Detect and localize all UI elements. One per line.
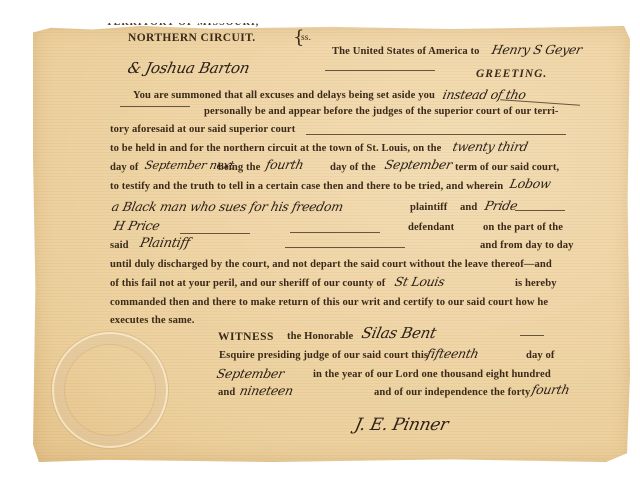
year-label: in the year of our Lord one thousand eig… [313, 369, 551, 380]
esquire-label: Esquire presiding judge of our said cour… [219, 350, 428, 361]
body-line-commanded: commanded then and there to make return … [110, 297, 548, 308]
witness-label: WITNESS [218, 331, 274, 343]
said-label: said [110, 240, 129, 251]
body-line-4: to be held in and for the northern circu… [110, 143, 441, 154]
and-label-2: and [218, 387, 235, 398]
independence-label: and of our independence the forty [374, 387, 530, 398]
independence-year: fourth [530, 382, 571, 397]
blank-line [120, 106, 190, 107]
blank-line [520, 335, 544, 336]
year-words: nineteen [238, 383, 294, 398]
blank-line [290, 232, 380, 233]
ordinal-day: fourth [264, 157, 305, 172]
body-line-executes: executes the same. [110, 315, 194, 326]
witness-name-1: Henry S Geyer [490, 42, 583, 57]
on-the-part-label: on the part of the [483, 222, 563, 233]
date-month: September [215, 366, 285, 381]
embossed-seal [52, 332, 168, 448]
defendant-name-2: H Price [112, 218, 161, 233]
being-the-label: being the [218, 162, 260, 173]
clerk-signature: J. E. Pinner [353, 415, 450, 435]
body-line-testify: to testify and the truth to tell in a ce… [110, 181, 503, 192]
day-of-the-label: day of the [330, 162, 376, 173]
circuit-header: NORTHERN CIRCUIT. [128, 32, 256, 44]
body-line-1: You are summoned that all excuses and de… [133, 90, 435, 101]
blank-line [515, 210, 565, 211]
blank-line [180, 233, 250, 234]
day-of-label: day of [110, 162, 139, 173]
territory-header: TERRITORY OF MISSOURI, [106, 17, 259, 28]
witness-name-2: & Joshua Barton [126, 59, 251, 77]
body-line-2: personally be and appear before the judg… [204, 106, 559, 117]
defendant-label: defendant [408, 222, 454, 233]
blank-line [306, 134, 566, 135]
and-label: and [460, 202, 477, 213]
greeting: GREETING. [476, 68, 547, 80]
ss-mark: ss. [301, 33, 311, 43]
hereby-label: is hereby [515, 278, 557, 289]
plaintiff-description: a Black man who sues for his freedom [110, 199, 344, 214]
county-name: St Louis [393, 274, 446, 289]
addressed-intro: The United States of America to [332, 46, 480, 57]
judge-name: Silas Bent [360, 324, 438, 342]
term-month: September [383, 157, 453, 172]
day-number: twenty third [451, 139, 529, 154]
plaintiff-label: plaintiff [410, 202, 447, 213]
from-day-label: and from day to day [480, 240, 574, 251]
blank-line [285, 247, 405, 248]
body-line-discharged: until duly discharged by the court, and … [110, 259, 552, 270]
date-day: fifteenth [425, 346, 480, 361]
day-of-label-2: day of [526, 350, 555, 361]
honorable-label: the Honorable [287, 331, 353, 342]
body-line-sheriff: of this fail not at your peril, and our … [110, 278, 385, 289]
body-line-3: tory aforesaid at our said superior cour… [110, 124, 295, 135]
said-party: Plaintiff [138, 236, 191, 251]
plaintiff-name: Lobow [508, 176, 552, 191]
term-label: term of our said court, [455, 162, 559, 173]
blank-line [325, 70, 435, 71]
defendant-name: Pride [483, 198, 518, 213]
